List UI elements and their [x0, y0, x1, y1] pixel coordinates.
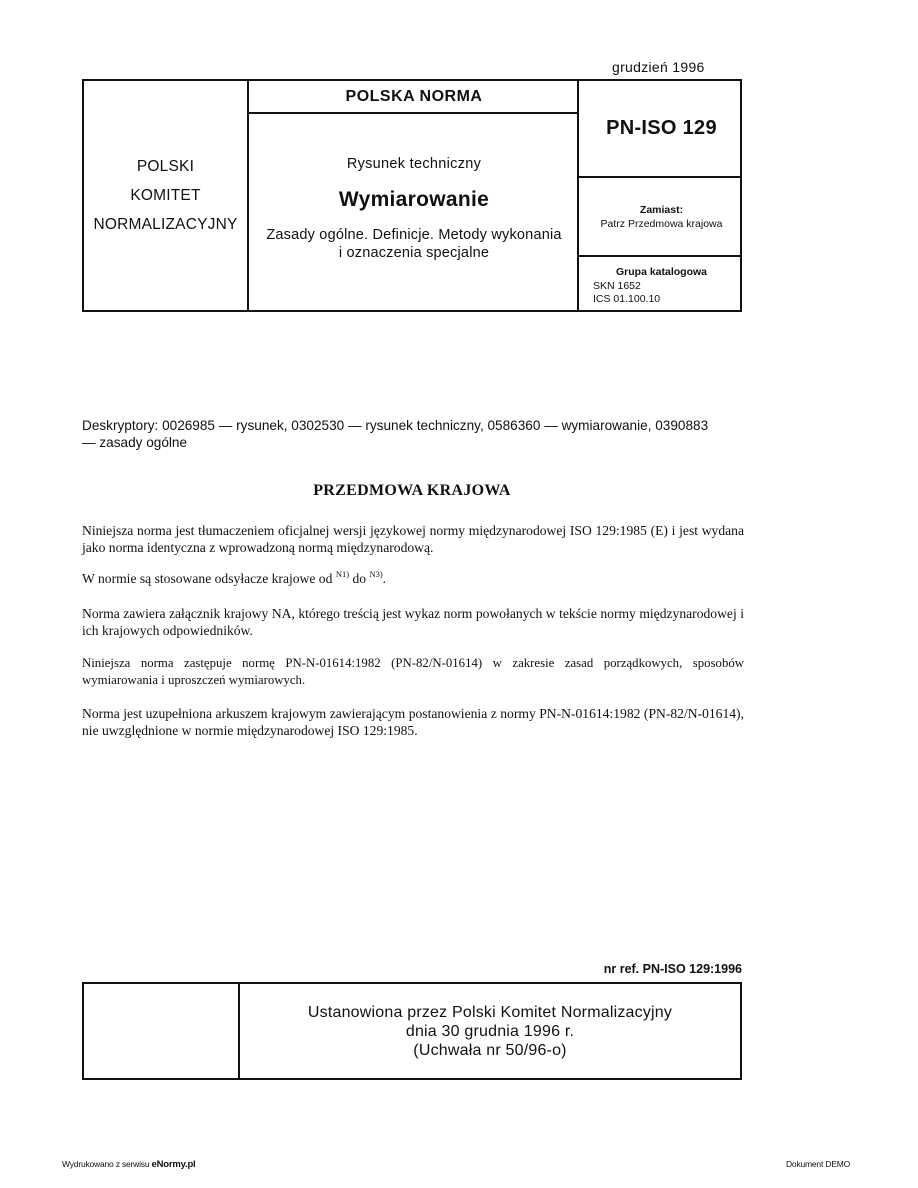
issue-date: grudzień 1996 [612, 59, 705, 75]
foreword-paragraph: Norma zawiera załącznik krajowy NA, któr… [82, 605, 744, 639]
establishment-table: Ustanowiona przez Polski Komitet Normali… [82, 982, 742, 1080]
subtitle-line: i oznaczenia specjalne [249, 244, 579, 262]
foreword-paragraph: Niniejsza norma zastępuje normę PN-N-016… [82, 655, 744, 689]
descriptors-line: — zasady ogólne [82, 434, 748, 451]
catalog-ics: ICS 01.100.10 [581, 293, 742, 307]
foreword-paragraph: Norma jest uzupełniona arkuszem krajowym… [82, 705, 744, 739]
title-cell: Rysunek techniczny Wymiarowanie Zasady o… [249, 114, 579, 310]
reference-number: nr ref. PN-ISO 129:1996 [604, 962, 742, 976]
footnote-ref: N3) [369, 569, 382, 579]
committee-name: POLSKI KOMITET NORMALIZACYJNY [84, 81, 247, 310]
site-link[interactable]: eNormy.pl [152, 1159, 196, 1170]
footer-demo: Dokument DEMO [786, 1159, 850, 1169]
foreword-paragraph: W normie są stosowane odsyłacze krajowe … [82, 570, 744, 587]
subtitle-line: Zasady ogólne. Definicje. Metody wykonan… [249, 226, 579, 244]
replaces-label: Zamiast: [640, 203, 683, 217]
foreword-paragraph: Niniejsza norma jest tłumaczeniem oficja… [82, 522, 744, 556]
establishment-line: Ustanowiona przez Polski Komitet Normali… [308, 1003, 672, 1022]
committee-line: KOMITET [130, 181, 200, 210]
banner-title: POLSKA NORMA [249, 81, 579, 112]
replaces-value: Patrz Przedmowa krajowa [601, 217, 723, 231]
establishment-line: (Uchwała nr 50/96-o) [413, 1041, 566, 1060]
footer-printed-from: Wydrukowano z serwisu eNormy.pl [62, 1159, 195, 1170]
establishment-line: dnia 30 grudnia 1996 r. [406, 1022, 574, 1041]
paragraph-text: W normie są stosowane odsyłacze krajowe … [82, 571, 336, 586]
document-title: Wymiarowanie [249, 188, 579, 212]
footnote-ref: N1) [336, 569, 349, 579]
descriptors-line: Deskryptory: 0026985 — rysunek, 0302530 … [82, 417, 748, 434]
catalog-skn: SKN 1652 [581, 280, 742, 294]
establishment-text: Ustanowiona przez Polski Komitet Normali… [240, 984, 740, 1078]
footer-text: Wydrukowano z serwisu [62, 1159, 152, 1169]
replaces-cell: Zamiast: Patrz Przedmowa krajowa [581, 178, 742, 255]
norm-id: PN-ISO 129 [581, 81, 742, 176]
paragraph-text: . [383, 571, 386, 586]
header-table: POLSKI KOMITET NORMALIZACYJNY POLSKA NOR… [82, 79, 742, 312]
committee-line: POLSKI [137, 152, 194, 181]
catalog-cell: Grupa katalogowa SKN 1652 ICS 01.100.10 [581, 257, 742, 310]
catalog-label: Grupa katalogowa [581, 266, 742, 280]
descriptors: Deskryptory: 0026985 — rysunek, 0302530 … [82, 417, 748, 451]
foreword-title: PRZEDMOWA KRAJOWA [82, 482, 742, 500]
document-subtitle: Zasady ogólne. Definicje. Metody wykonan… [249, 226, 579, 262]
committee-line: NORMALIZACYJNY [93, 210, 237, 239]
subject: Rysunek techniczny [249, 156, 579, 172]
paragraph-text: do [349, 571, 369, 586]
